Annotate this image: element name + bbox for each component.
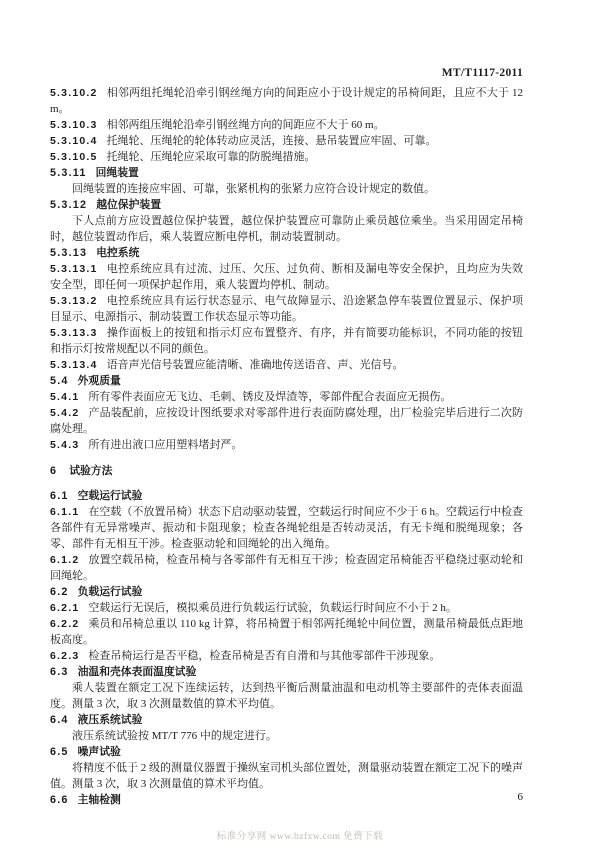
document-header-standard-number: MT/T1117-2011: [50, 67, 523, 79]
clause-number: 5.3.11: [50, 167, 87, 179]
clause-number: 6.4: [50, 714, 69, 726]
clause-number: 5.4.2: [50, 407, 79, 419]
section-heading: 5.3.12越位保护装置: [50, 197, 523, 213]
clause-text: 电控系统应具有过流、过压、欠压、过负荷、断相及漏电等安全保护，且均应为失效安全型…: [50, 263, 523, 291]
document-body: 5.3.10.2相邻两组托绳轮沿牵引钢丝绳方向的间距应小于设计规定的吊椅间距，且…: [50, 85, 523, 808]
clause: 5.3.13.2电控系统应具有运行状态显示、电气故障显示、沿途紧急停车装置位置显…: [50, 293, 523, 325]
clause-text: 试验方法: [69, 465, 112, 477]
page-number: 6: [475, 791, 523, 803]
paragraph: 液压系统试验按 MT/T 776 中的规定进行。: [50, 728, 523, 744]
clause-text: 产品装配前，应按设计图纸要求对零部件进行表面防腐处理，出厂检验完毕后进行二次防腐…: [50, 407, 523, 435]
clause: 6.2.1空载运行无误后，模拟乘员进行负载运行试验，负载运行时间应不小于 2 h…: [50, 600, 523, 616]
clause: 6.2.3检查吊椅运行是否平稳，检查吊椅是否有自滑和与其他零部件干涉现象。: [50, 648, 523, 664]
section-heading: 5.4外观质量: [50, 373, 523, 389]
clause-text: 托绳轮、压绳轮的轮体转动应灵活，连接、悬吊装置应牢固、可靠。: [107, 135, 437, 147]
clause-text: 在空载（不放置吊椅）状态下启动驱动装置，空载运行时间应不少于 6 h。空载运行中…: [50, 506, 523, 550]
clause-number: 5.3.10.5: [50, 151, 98, 163]
clause-text: 相邻两组托绳轮沿牵引钢丝绳方向的间距应小于设计规定的吊椅间距，且应不大于 12 …: [50, 87, 523, 115]
clause-number: 5.3.13.2: [50, 295, 98, 307]
section-heading: 6.5噪声试验: [50, 744, 523, 760]
clause-number: 6.2.1: [50, 602, 79, 614]
clause-number: 6: [50, 465, 57, 477]
section-heading: 6.3油温和壳体表面温度试验: [50, 664, 523, 680]
chapter-heading: 6试验方法: [50, 463, 523, 479]
clause: 5.3.13.3操作面板上的按钮和指示灯应布置整齐、有序，并有简要功能标识，不同…: [50, 325, 523, 357]
clause-number: 5.3.10.4: [50, 135, 98, 147]
clause-text: 将精度不低于 2 级的测量仪器置于操纵室司机头部位置处，测量驱动装置在额定工况下…: [50, 762, 523, 790]
clause-text: 所有进出液口应用塑料堵封严。: [88, 439, 242, 451]
clause-text: 主轴检测: [78, 794, 121, 806]
section-heading: 6.1空载运行试验: [50, 488, 523, 504]
clause-number: 6.2: [50, 586, 69, 598]
section-heading: 5.3.11回绳装置: [50, 165, 523, 181]
clause-number: 6.1: [50, 490, 69, 502]
clause-number: 5.3.10.3: [50, 119, 98, 131]
clause: 5.4.2产品装配前，应按设计图纸要求对零部件进行表面防腐处理，出厂检验完毕后进…: [50, 405, 523, 437]
section-heading: 6.4液压系统试验: [50, 712, 523, 728]
clause-text: 液压系统试验: [78, 714, 143, 726]
clause-text: 负载运行试验: [78, 586, 143, 598]
document-page: MT/T1117-2011 5.3.10.2相邻两组托绳轮沿牵引钢丝绳方向的间距…: [0, 0, 600, 848]
clause-number: 5.3.13.4: [50, 359, 98, 371]
section-heading: 6.2负载运行试验: [50, 584, 523, 600]
clause: 5.3.10.2相邻两组托绳轮沿牵引钢丝绳方向的间距应小于设计规定的吊椅间距，且…: [50, 85, 523, 117]
paragraph: 回绳装置的连接应牢固、可靠，张紧机构的张紧力应符合设计规定的数值。: [50, 181, 523, 197]
clause: 6.1.1在空载（不放置吊椅）状态下启动驱动装置，空载运行时间应不少于 6 h。…: [50, 504, 523, 552]
clause-number: 5.3.13.1: [50, 263, 98, 275]
clause-number: 6.1.1: [50, 506, 79, 518]
clause-text: 托绳轮、压绳轮应采取可靠的防脱绳措施。: [107, 151, 316, 163]
clause-text: 所有零件表面应无飞边、毛刺、锈皮及焊渣等，零部件配合表面应无损伤。: [88, 391, 451, 403]
clause-text: 放置空载吊椅，检查吊椅与各零部件有无相互干涉；检查固定吊椅能否平稳绕过驱动轮和回…: [50, 554, 523, 582]
clause-number: 6.5: [50, 746, 69, 758]
section-heading: 6.6主轴检测: [50, 792, 523, 808]
clause-text: 外观质量: [78, 375, 121, 387]
clause-number: 5.4: [50, 375, 69, 387]
watermark-text: 标准分享网 www.bzfxw.com 免费下载: [0, 828, 600, 842]
clause-text: 相邻两组压绳轮沿牵引钢丝绳方向的间距应不大于 60 m。: [107, 119, 385, 131]
clause-text: 乘员和吊椅总重以 110 kg 计算，将吊椅置于相邻两托绳轮中间位置，测量吊椅最…: [50, 618, 523, 646]
clause-text: 乘人装置在额定工况下连续运转，达到热平衡后测量油温和电动机等主要部件的壳体表面温…: [50, 682, 523, 710]
clause-number: 5.3.13.3: [50, 327, 98, 339]
clause: 5.3.10.4托绳轮、压绳轮的轮体转动应灵活，连接、悬吊装置应牢固、可靠。: [50, 133, 523, 149]
clause-text: 语音声光信号装置应能清晰、准确地传送语音、声、光信号。: [107, 359, 404, 371]
clause-text: 油温和壳体表面温度试验: [78, 666, 197, 678]
clause: 5.3.10.3相邻两组压绳轮沿牵引钢丝绳方向的间距应不大于 60 m。: [50, 117, 523, 133]
clause-text: 电控系统: [96, 247, 139, 259]
clause: 6.1.2放置空载吊椅，检查吊椅与各零部件有无相互干涉；检查固定吊椅能否平稳绕过…: [50, 552, 523, 584]
clause-text: 回绳装置的连接应牢固、可靠，张紧机构的张紧力应符合设计规定的数值。: [72, 183, 435, 195]
clause-text: 噪声试验: [78, 746, 121, 758]
paragraph: 乘人装置在额定工况下连续运转，达到热平衡后测量油温和电动机等主要部件的壳体表面温…: [50, 680, 523, 712]
clause-text: 下人点前方应设置越位保护装置，越位保护装置应可靠防止乘员越位乘坐。当采用固定吊椅…: [50, 215, 523, 243]
clause-text: 越位保护装置: [96, 199, 161, 211]
clause-text: 操作面板上的按钮和指示灯应布置整齐、有序，并有简要功能标识，不同功能的按钮和指示…: [50, 327, 523, 355]
paragraph: 将精度不低于 2 级的测量仪器置于操纵室司机头部位置处，测量驱动装置在额定工况下…: [50, 760, 523, 792]
clause-text: 回绳装置: [96, 167, 139, 179]
clause-number: 5.4.1: [50, 391, 79, 403]
clause: 5.3.13.4语音声光信号装置应能清晰、准确地传送语音、声、光信号。: [50, 357, 523, 373]
clause: 5.4.1所有零件表面应无飞边、毛刺、锈皮及焊渣等，零部件配合表面应无损伤。: [50, 389, 523, 405]
clause-number: 6.3: [50, 666, 69, 678]
clause: 5.3.13.1电控系统应具有过流、过压、欠压、过负荷、断相及漏电等安全保护，且…: [50, 261, 523, 293]
clause-text: 电控系统应具有运行状态显示、电气故障显示、沿途紧急停车装置位置显示、保护项目显示…: [50, 295, 523, 323]
clause: 5.3.10.5托绳轮、压绳轮应采取可靠的防脱绳措施。: [50, 149, 523, 165]
clause-text: 检查吊椅运行是否平稳，检查吊椅是否有自滑和与其他零部件干涉现象。: [88, 650, 440, 662]
clause-number: 6.2.3: [50, 650, 79, 662]
clause-number: 5.3.10.2: [50, 87, 98, 99]
clause-number: 5.4.3: [50, 439, 79, 451]
clause-number: 6.2.2: [50, 618, 79, 630]
clause: 5.4.3所有进出液口应用塑料堵封严。: [50, 437, 523, 453]
clause-text: 空载运行试验: [78, 490, 143, 502]
clause-number: 6.1.2: [50, 554, 79, 566]
clause-text: 液压系统试验按 MT/T 776 中的规定进行。: [72, 730, 277, 742]
clause-number: 5.3.13: [50, 247, 87, 259]
section-heading: 5.3.13电控系统: [50, 245, 523, 261]
clause-text: 空载运行无误后，模拟乘员进行负载运行试验，负载运行时间应不小于 2 h。: [88, 602, 457, 614]
clause: 6.2.2乘员和吊椅总重以 110 kg 计算，将吊椅置于相邻两托绳轮中间位置，…: [50, 616, 523, 648]
paragraph: 下人点前方应设置越位保护装置，越位保护装置应可靠防止乘员越位乘坐。当采用固定吊椅…: [50, 213, 523, 245]
clause-number: 6.6: [50, 794, 69, 806]
clause-number: 5.3.12: [50, 199, 87, 211]
